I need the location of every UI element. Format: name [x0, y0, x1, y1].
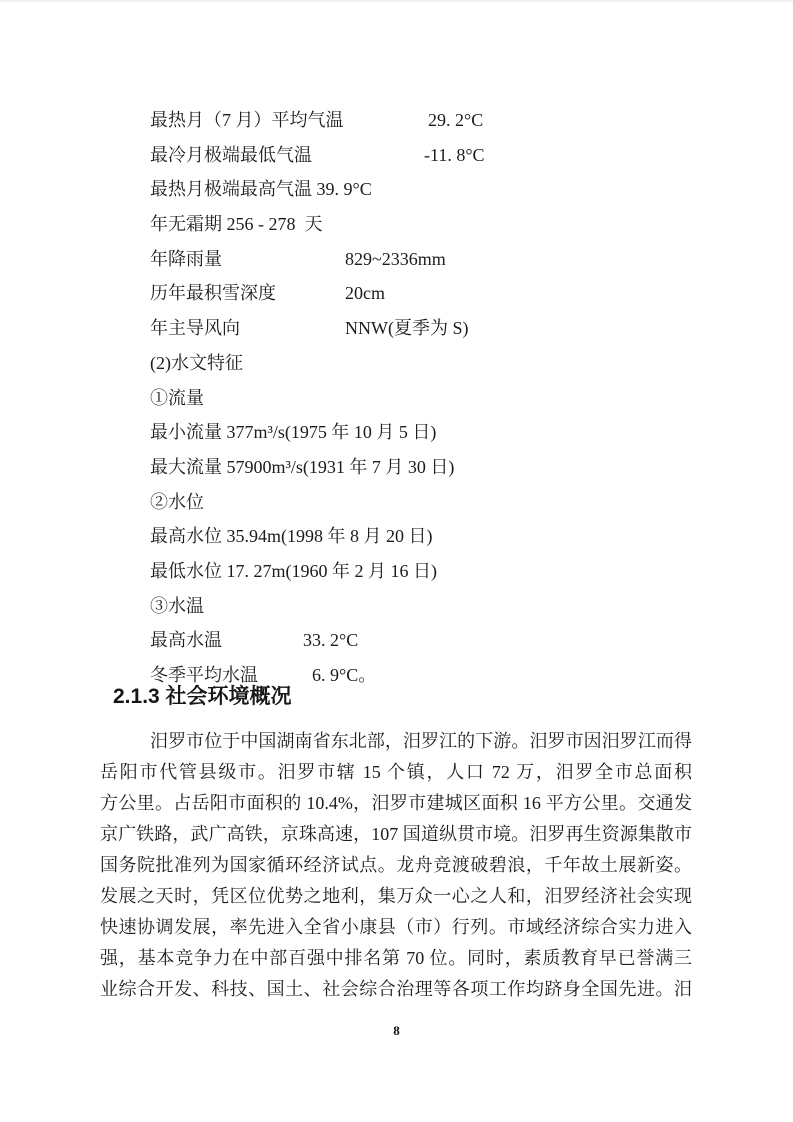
spec-line: 年无霜期 256 - 278 天	[0, 207, 793, 242]
spec-line: 历年最积雪深度 20cm	[0, 276, 793, 311]
spec-line: 最热月（7 月）平均气温 29. 2°C	[0, 103, 793, 138]
spec-label: ③水温	[150, 589, 204, 624]
paragraph-line: 发展之天时，凭区位优势之地利，集万众一心之人和，汨罗经济社会实现了持续	[100, 881, 692, 912]
document-page: 最热月（7 月）平均气温 29. 2°C 最冷月极端最低气温 -11. 8°C …	[0, 0, 793, 1122]
spec-value: -11. 8°C	[424, 138, 485, 173]
body-paragraph: 汨罗市位于中国湖南省东北部，汨罗江的下游。汨罗市因汨罗江而得名，是 岳阳市代管县…	[100, 726, 692, 1005]
spec-line: 最低水位 17. 27m(1960 年 2 月 16 日)	[0, 554, 793, 589]
spec-line: 最小流量 377m³/s(1975 年 10 月 5 日)	[0, 415, 793, 450]
spec-line: 最冷月极端最低气温 -11. 8°C	[0, 138, 793, 173]
spec-label: 最热月极端最高气温 39. 9°C	[150, 172, 372, 207]
spec-label: 年降雨量	[150, 242, 222, 277]
paragraph-line: 业综合开发、科技、国土、社会综合治理等各项工作均跻身全国先进。汨罗是伟	[100, 974, 692, 1005]
spec-value: 20cm	[345, 276, 385, 311]
spec-label: ①流量	[150, 381, 204, 416]
spec-value: 33. 2°C	[303, 623, 358, 658]
spec-line: ③水温	[0, 589, 793, 624]
page-number: 8	[0, 1023, 793, 1039]
paragraph-line: 国务院批准列为国家循环经济试点。龙舟竞渡破碧浪，千年故土展新姿。占改革	[100, 850, 692, 881]
spec-line: 最高水温 33. 2°C	[0, 623, 793, 658]
spec-value: 829~2336mm	[345, 242, 446, 277]
spec-label: 最高水温	[150, 623, 222, 658]
paragraph-line: 强，基本竞争力在中部百强中排名第 70 位。同时，素质教育早已誉满三湘，农	[100, 943, 692, 974]
spec-label: (2)水文特征	[150, 346, 243, 381]
spec-value: NNW(夏季为 S)	[345, 311, 469, 346]
spec-value: 6. 9°C。	[312, 658, 376, 693]
spec-label: 年主导风向	[150, 311, 240, 346]
spec-line: 最大流量 57900m³/s(1931 年 7 月 30 日)	[0, 450, 793, 485]
spec-line: 年降雨量 829~2336mm	[0, 242, 793, 277]
paragraph-line: 方公里。占岳阳市面积的 10.4%，汨罗市建城区面积 16 平方公里。交通发达，	[100, 788, 692, 819]
spec-label: 历年最积雪深度	[150, 276, 276, 311]
spec-label: 年无霜期 256 - 278 天	[150, 207, 323, 242]
spec-line: ②水位	[0, 485, 793, 520]
spec-label: 最大流量 57900m³/s(1931 年 7 月 30 日)	[150, 450, 454, 485]
spec-label: 最热月（7 月）平均气温	[150, 103, 344, 138]
paragraph-line: 岳阳市代管县级市。汨罗市辖 15 个镇，人口 72 万，汨罗全市总面积 1669…	[100, 757, 692, 788]
paragraph-line: 京广铁路，武广高铁，京珠高速，107 国道纵贯市境。汨罗再生资源集散市场被	[100, 819, 692, 850]
climate-hydrology-specs: 最热月（7 月）平均气温 29. 2°C 最冷月极端最低气温 -11. 8°C …	[0, 103, 793, 693]
spec-line: (2)水文特征	[0, 346, 793, 381]
spec-line: 最高水位 35.94m(1998 年 8 月 20 日)	[0, 519, 793, 554]
spec-label: 最低水位 17. 27m(1960 年 2 月 16 日)	[150, 554, 437, 589]
paragraph-line: 快速协调发展，率先进入全省小康县（市）行列。市域经济综合实力进入全省十	[100, 912, 692, 943]
spec-line: ①流量	[0, 381, 793, 416]
spec-label: 最小流量 377m³/s(1975 年 10 月 5 日)	[150, 415, 436, 450]
spec-line: 年主导风向 NNW(夏季为 S)	[0, 311, 793, 346]
spec-label: 最高水位 35.94m(1998 年 8 月 20 日)	[150, 519, 433, 554]
spec-line: 最热月极端最高气温 39. 9°C	[0, 172, 793, 207]
spec-value: 29. 2°C	[428, 103, 483, 138]
spec-label: ②水位	[150, 485, 204, 520]
spec-label: 最冷月极端最低气温	[150, 138, 312, 173]
section-heading: 2.1.3 社会环境概况	[113, 682, 292, 712]
paragraph-line: 汨罗市位于中国湖南省东北部，汨罗江的下游。汨罗市因汨罗江而得名，是	[100, 726, 692, 757]
